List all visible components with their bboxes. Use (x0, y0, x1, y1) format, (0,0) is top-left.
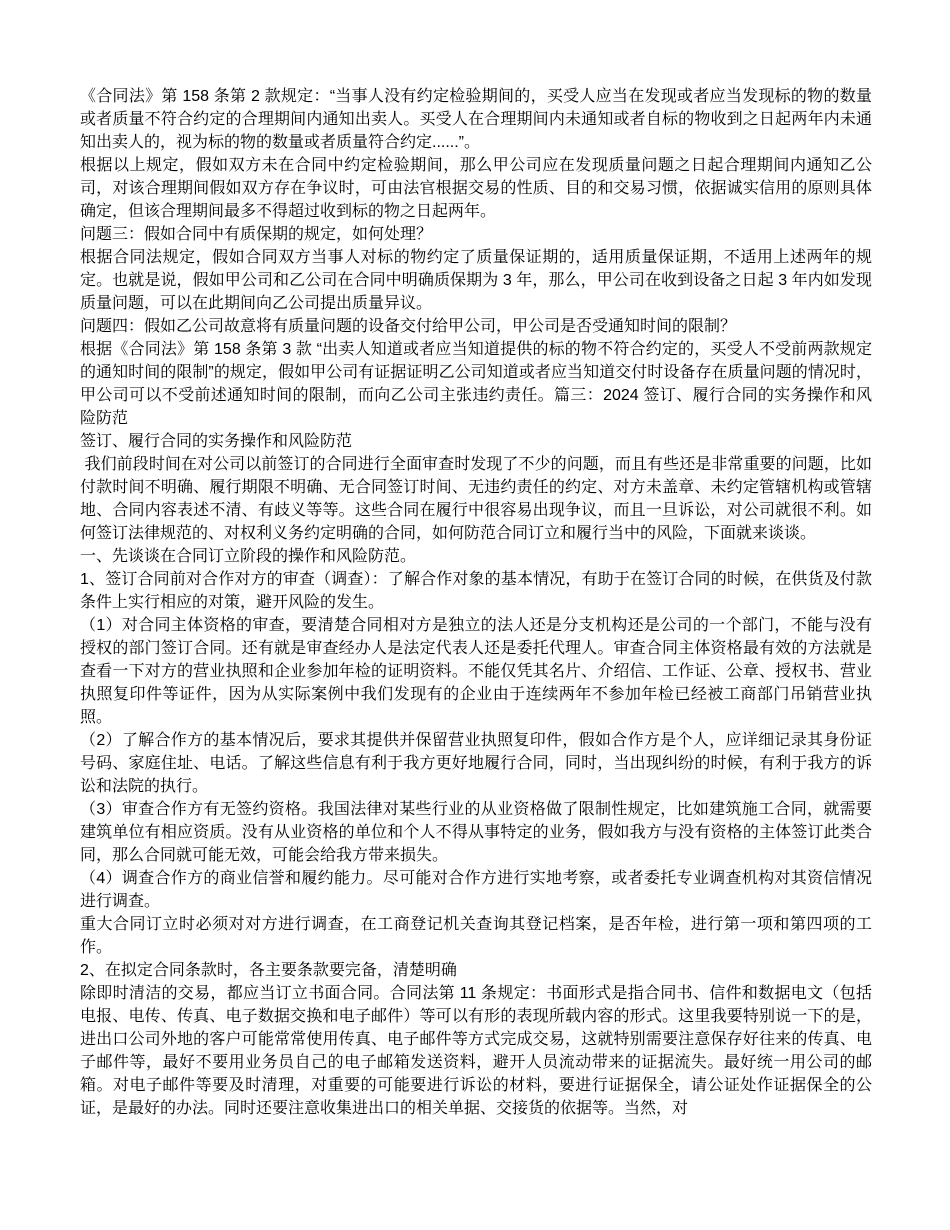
paragraph: 一、先谈谈在合同订立阶段的操作和风险防范。 (80, 545, 872, 568)
paragraph: 根据合同法规定，假如合同双方当事人对标的物约定了质量保证期的，适用质量保证期，不… (80, 246, 872, 315)
paragraph: 2、在拟定合同条款时，各主要条款要完备，清楚明确 (80, 959, 872, 982)
paragraph: 根据以上规定，假如双方未在合同中约定检验期间，那么甲公司应在发现质量问题之日起合… (80, 154, 872, 223)
paragraph: 签订、履行合同的实务操作和风险防范 (80, 430, 872, 453)
paragraph: 问题三：假如合同中有质保期的规定，如何处理？ (80, 223, 872, 246)
paragraph: （1）对合同主体资格的审查，要清楚合同相对方是独立的法人还是分支机构还是公司的一… (80, 614, 872, 729)
paragraph: 1、签订合同前对合作对方的审查（调查）：了解合作对象的基本情况，有助于在签订合同… (80, 568, 872, 614)
paragraph: （2）了解合作方的基本情况后，要求其提供并保留营业执照复印件，假如合作方是个人，… (80, 729, 872, 798)
paragraph: 除即时清洁的交易，都应当订立书面合同。合同法第 11 条规定：书面形式是指合同书… (80, 982, 872, 1120)
paragraph: （4）调查合作方的商业信誉和履约能力。尽可能对合作方进行实地考察，或者委托专业调… (80, 867, 872, 913)
paragraph: 《合同法》第 158 条第 2 款规定：“当事人没有约定检验期间的，买受人应当在… (80, 85, 872, 154)
paragraph: 问题四：假如乙公司故意将有质量问题的设备交付给甲公司，甲公司是否受通知时间的限制… (80, 315, 872, 338)
paragraph: 我们前段时间在对公司以前签订的合同进行全面审查时发现了不少的问题，而且有些还是非… (80, 453, 872, 545)
document-page: 《合同法》第 158 条第 2 款规定：“当事人没有约定检验期间的，买受人应当在… (0, 0, 950, 1230)
paragraph: （3）审查合作方有无签约资格。我国法律对某些行业的从业资格做了限制性规定，比如建… (80, 798, 872, 867)
document-body: 《合同法》第 158 条第 2 款规定：“当事人没有约定检验期间的，买受人应当在… (80, 85, 872, 1120)
paragraph: 重大合同订立时必须对对方进行调查，在工商登记机关查询其登记档案，是否年检，进行第… (80, 913, 872, 959)
paragraph: 根据《合同法》第 158 条第 3 款 “出卖人知道或者应当知道提供的标的物不符… (80, 338, 872, 430)
